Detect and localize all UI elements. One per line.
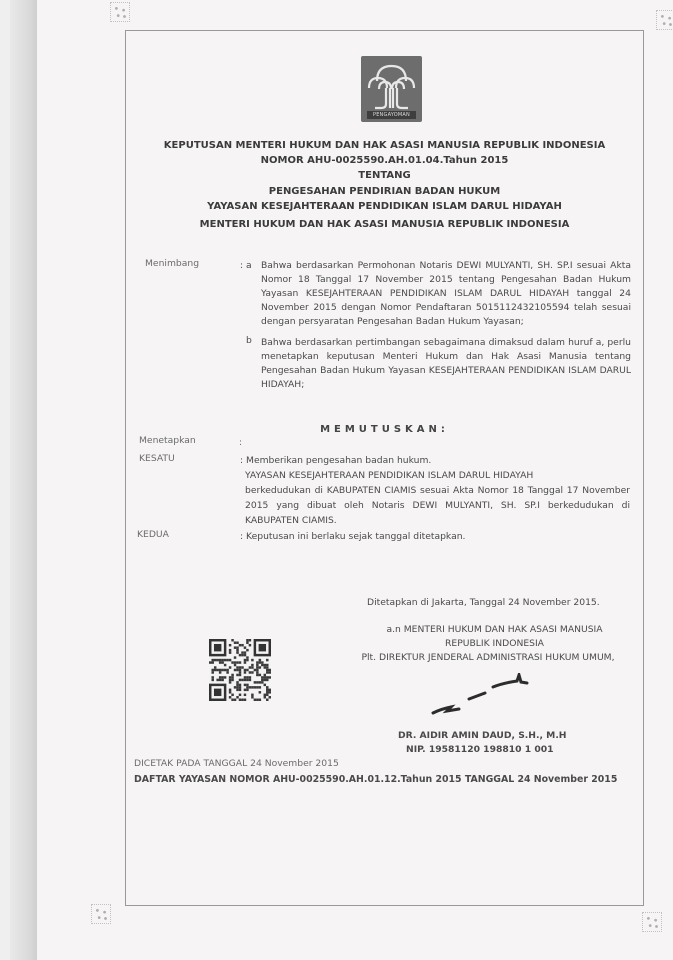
on-behalf-line-2: REPUBLIK INDONESIA (372, 638, 617, 649)
paragraph-line: HIDAYAH; (261, 379, 304, 390)
qr-code-icon[interactable] (209, 639, 271, 701)
kesatu-line-3: berkedudukan di KABUPATEN CIAMIS sesuai … (245, 485, 630, 496)
paragraph-line: Yayasan KESEJAHTERAAN PENDIDIKAN ISLAM D… (261, 288, 631, 299)
scan-shadow-strip (10, 0, 37, 960)
kedua-text: : Keputusan ini berlaku sejak tanggal di… (240, 531, 465, 542)
paragraph-line: dengan persyaratan Pengesahan Badan Huku… (261, 316, 524, 327)
corner-stamp-icon (110, 2, 130, 22)
memutuskan-heading: MEMUTUSKAN: (125, 424, 644, 435)
paragraph-line: November 2015 dengan Nomor Pendaftaran 5… (261, 302, 631, 313)
paragraph-line: menetapkan keputusan Menteri Hukum dan H… (261, 351, 631, 362)
paragraph-line: Bahwa berdasarkan pertimbangan sebagaima… (261, 337, 631, 348)
issuer-title: MENTERI HUKUM DAN HAK ASASI MANUSIA REPU… (125, 219, 644, 230)
register-number: DAFTAR YAYASAN NOMOR AHU-0025590.AH.01.1… (134, 774, 617, 785)
menetapkan-colon: : (239, 437, 242, 448)
menimbang-label: Menimbang (145, 258, 199, 269)
corner-stamp-icon (656, 10, 673, 30)
place-date: Ditetapkan di Jakarta, Tanggal 24 Novemb… (367, 597, 600, 608)
kesatu-line-1: : Memberikan pengesahan badan hukum. (240, 455, 431, 466)
signatory-nip: NIP. 19581120 198810 1 001 (406, 744, 554, 755)
on-behalf-line-1: a.n MENTERI HUKUM DAN HAK ASASI MANUSIA (372, 624, 617, 635)
logo-caption: PENGAYOMAN (367, 111, 416, 119)
signatory-name: DR. AIDIR AMIN DAUD, S.H., M.H (398, 730, 567, 741)
foundation-name: YAYASAN KESEJAHTERAAN PENDIDIKAN ISLAM D… (125, 201, 644, 212)
decree-subject: PENGESAHAN PENDIRIAN BADAN HUKUM (125, 186, 644, 197)
pengayoman-emblem-icon: PENGAYOMAN (361, 56, 422, 122)
menimbang-b-marker: b (246, 335, 252, 346)
decree-number: NOMOR AHU-0025590.AH.01.04.Tahun 2015 (125, 155, 644, 166)
paragraph-line: Nomor 18 Tanggal 17 November 2015 tentan… (261, 274, 631, 285)
corner-stamp-icon (91, 904, 111, 924)
kesatu-line-5: KABUPATEN CIAMIS. (245, 515, 337, 526)
kesatu-line-4: 2015 yang dibuat oleh Notaris DEWI MULYA… (245, 500, 630, 511)
paragraph-line: Bahwa berdasarkan Permohonan Notaris DEW… (261, 260, 631, 271)
on-behalf-line-3: Plt. DIREKTUR JENDERAL ADMINISTRASI HUKU… (353, 652, 623, 663)
printed-date: DICETAK PADA TANGGAL 24 November 2015 (134, 758, 339, 769)
kesatu-line-2: YAYASAN KESEJAHTERAAN PENDIDIKAN ISLAM D… (245, 470, 533, 481)
scan-edge (0, 0, 10, 960)
corner-stamp-icon (642, 912, 662, 932)
kedua-label: KEDUA (137, 529, 169, 540)
menetapkan-label: Menetapkan (139, 435, 196, 446)
menimbang-a-marker: : a (240, 260, 252, 271)
paragraph-line: Pengesahan Badan Hukum Yayasan KESEJAHTE… (261, 365, 631, 376)
signature-icon (425, 673, 535, 718)
decree-tentang: TENTANG (125, 170, 644, 181)
decree-title: KEPUTUSAN MENTERI HUKUM DAN HAK ASASI MA… (125, 140, 644, 151)
kesatu-label: KESATU (139, 453, 175, 464)
